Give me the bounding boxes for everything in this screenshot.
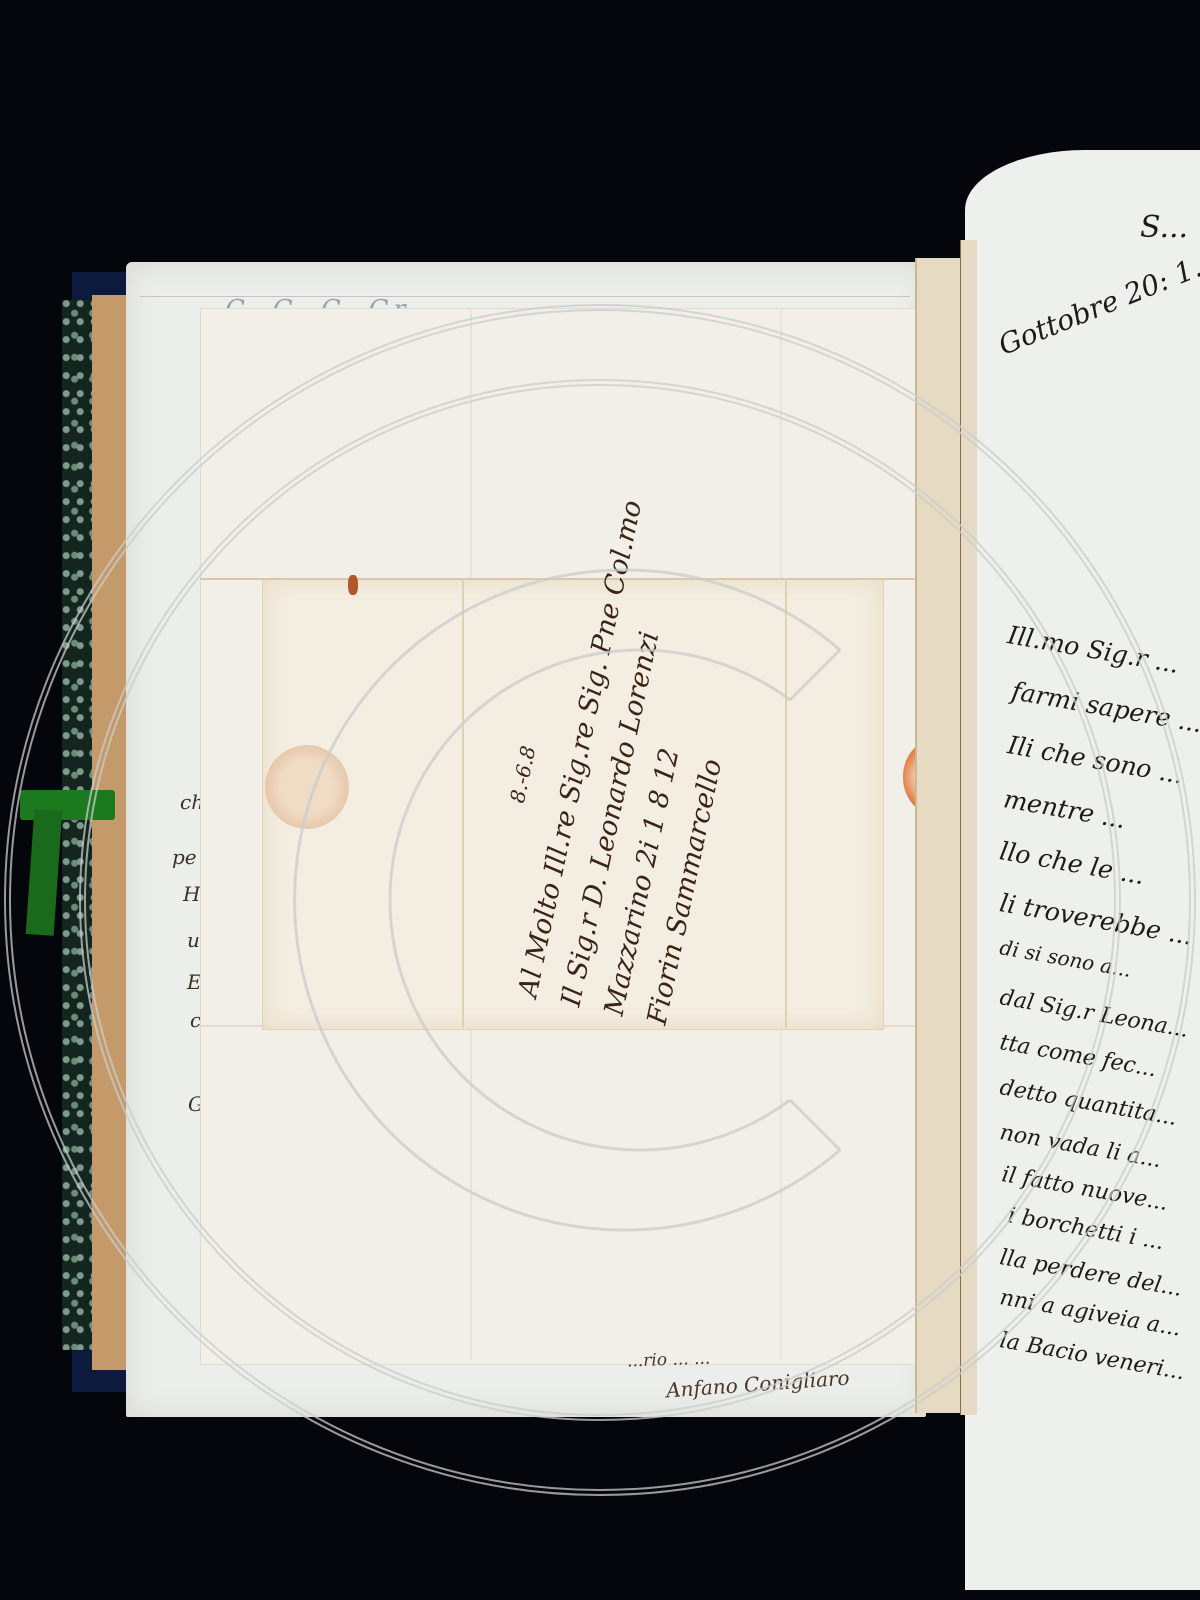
fold-line: [462, 578, 464, 1028]
right-header-fragment: S...: [1140, 210, 1188, 245]
ink-stain: [348, 575, 358, 595]
fold-line: [200, 578, 945, 580]
wax-stain: [265, 745, 349, 829]
margin-fragment: pe: [172, 845, 197, 869]
margin-fragment: u: [187, 928, 200, 952]
bottom-note: ...rio ... ...: [627, 1349, 711, 1372]
margin-fragment: H: [183, 882, 200, 906]
right-page-edge: [960, 240, 977, 1415]
green-ribbon-tail: [26, 809, 63, 936]
